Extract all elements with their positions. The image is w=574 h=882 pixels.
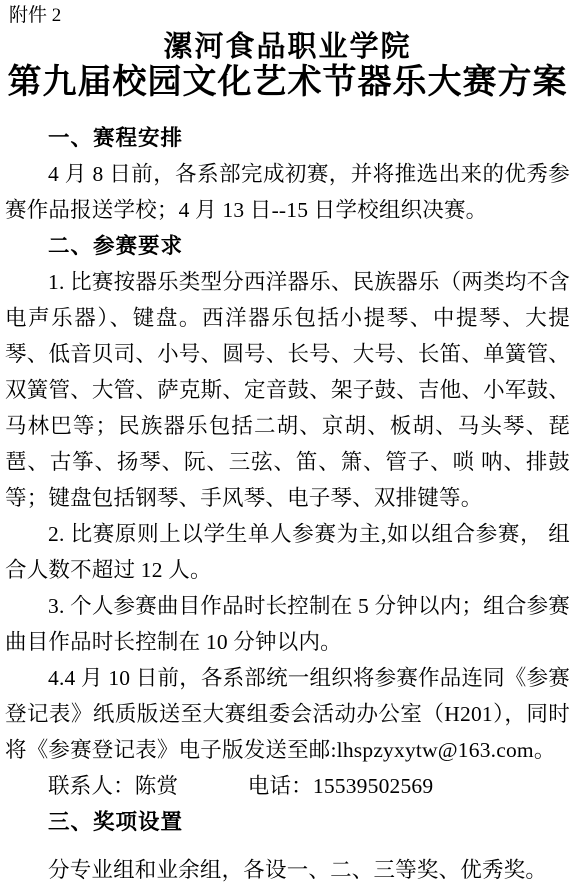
- attachment-label: 附件 2: [9, 3, 570, 29]
- section-heading-requirements: 二、参赛要求: [5, 228, 570, 264]
- document-title-line1: 漯河食品职业学院: [5, 31, 570, 64]
- contact-person: 联系人：陈赏: [48, 774, 178, 798]
- requirements-item-3: 3. 个人参赛曲目作品时长控制在 5 分钟以内；组合参赛曲目作品时长控制在 10…: [5, 588, 570, 660]
- document-body: 一、赛程安排 4 月 8 日前，各系部完成初赛，并将推选出来的优秀参赛作品报送学…: [5, 120, 570, 882]
- section-heading-schedule: 一、赛程安排: [5, 120, 570, 156]
- requirements-item-1: 1. 比赛按器乐类型分西洋器乐、民族器乐（两类均不含电声乐器）、键盘。西洋器乐包…: [5, 264, 570, 516]
- contact-line: 联系人：陈赏 电话：15539502569: [5, 768, 570, 804]
- section-heading-awards: 三、奖项设置: [5, 804, 570, 840]
- document-page: 附件 2 漯河食品职业学院 第九届校园文化艺术节器乐大赛方案 一、赛程安排 4 …: [0, 0, 574, 882]
- document-title-line2: 第九届校园文化艺术节器乐大赛方案: [5, 64, 570, 100]
- schedule-paragraph: 4 月 8 日前，各系部完成初赛，并将推选出来的优秀参赛作品报送学校；4 月 1…: [5, 156, 570, 228]
- awards-paragraph: 分专业组和业余组，各设一、二、三等奖、优秀奖。: [5, 852, 570, 882]
- requirements-item-4: 4.4 月 10 日前，各系部统一组织将参赛作品连同《参赛登记表》纸质版送至大赛…: [5, 660, 570, 768]
- requirements-item-2: 2. 比赛原则上以学生单人参赛为主,如以组合参赛， 组合人数不超过 12 人。: [5, 516, 570, 588]
- contact-phone: 电话：15539502569: [248, 774, 434, 798]
